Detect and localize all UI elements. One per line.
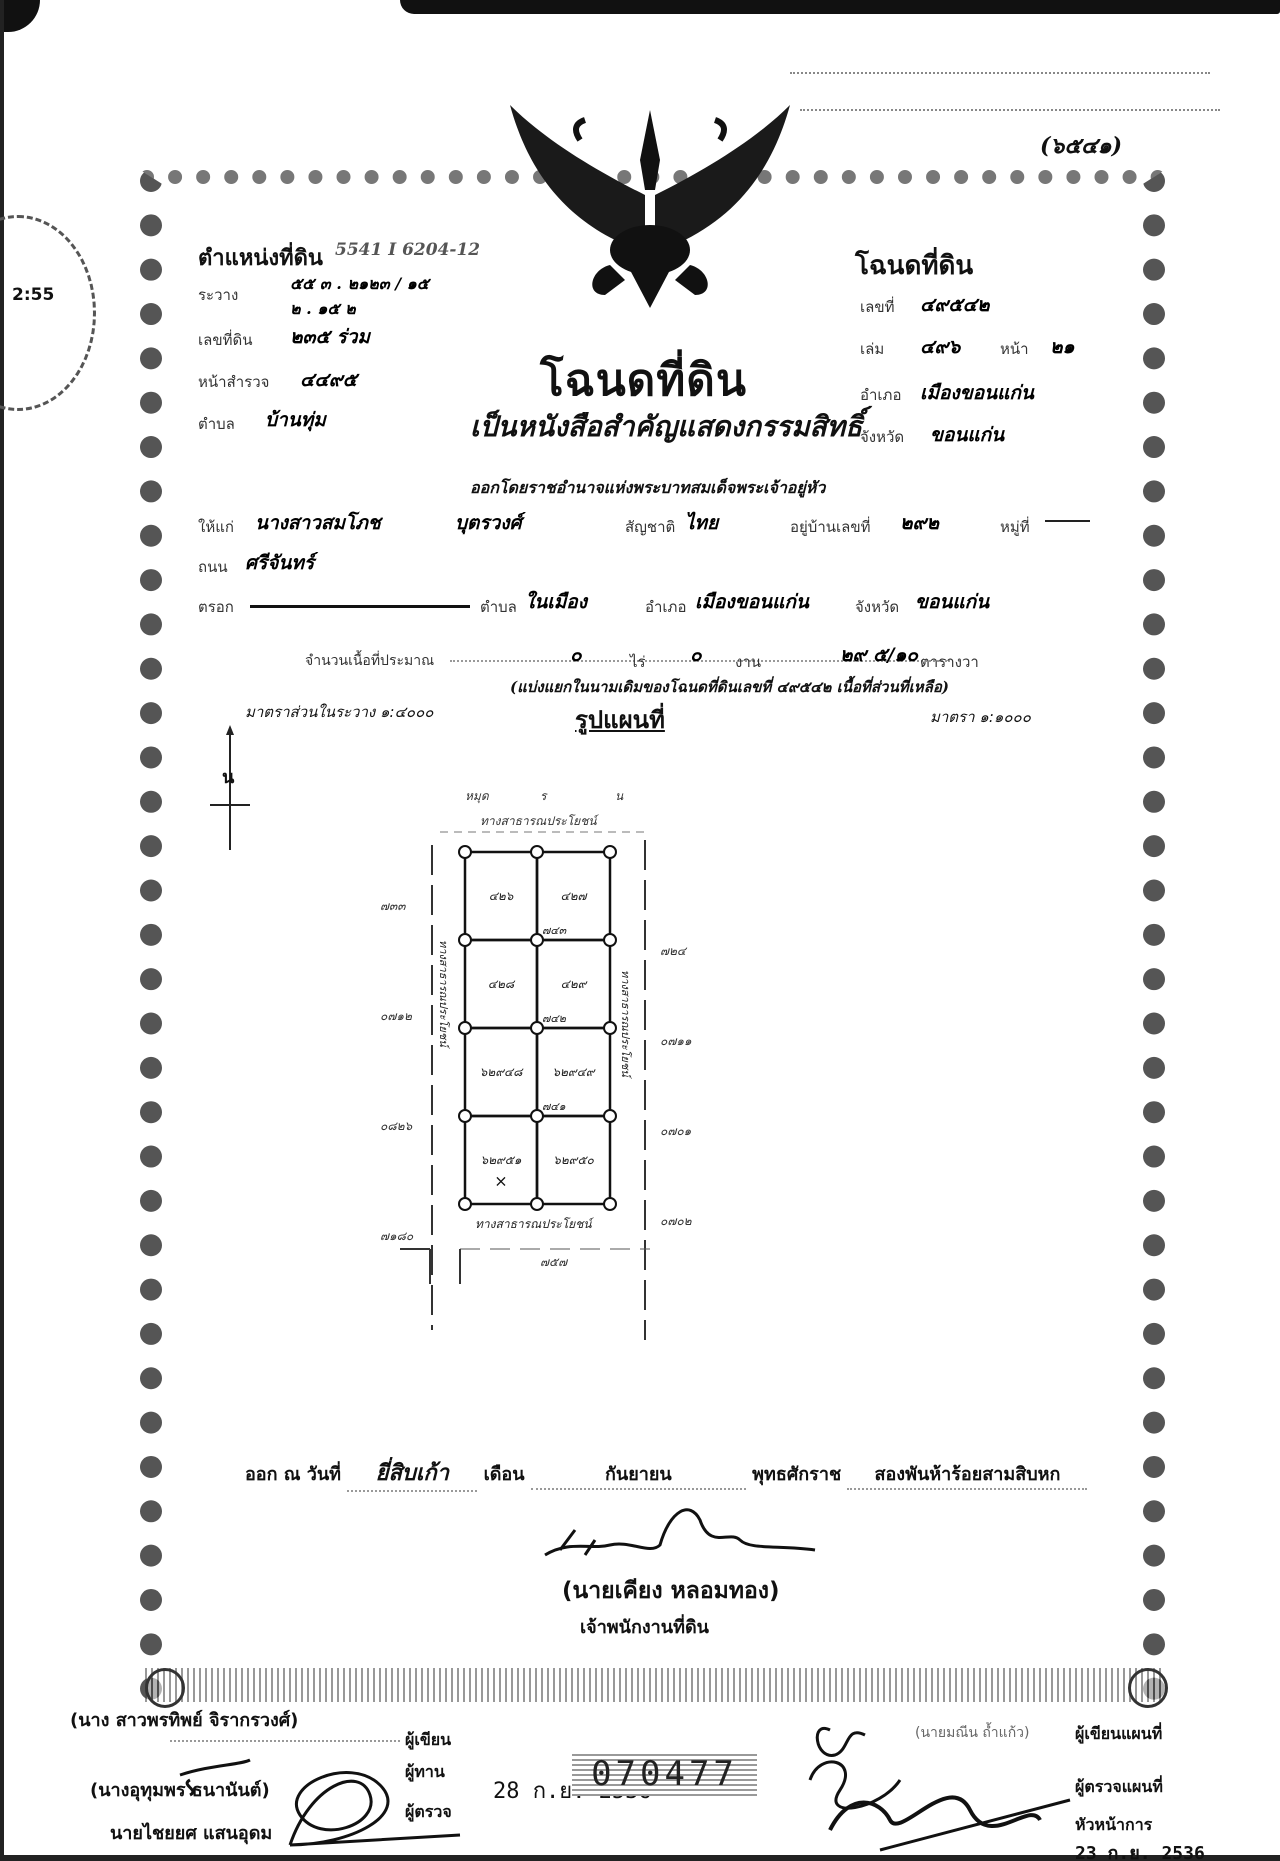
- svg-text:๗๓๓: ๗๓๓: [380, 899, 406, 913]
- owner-province: ขอนแก่น: [915, 587, 989, 617]
- issue-day: ยี่สิบเก้า: [347, 1455, 477, 1492]
- garuda-emblem-icon: [505, 100, 795, 310]
- owner-prefix-label: ให้แก่: [198, 515, 234, 539]
- deed-label-amphoe: อำเภอ: [860, 383, 901, 407]
- deed-info-heading: โฉนดที่ดิน: [855, 245, 973, 286]
- owner-amphoe-label: อำเภอ: [645, 595, 686, 619]
- owner-name: นางสาวสมโภช: [255, 508, 381, 538]
- area-ngan-label: งาน: [735, 650, 761, 674]
- deed-value-number: ๔๙๕๔๒: [920, 290, 990, 320]
- svg-text:๗๕๗: ๗๕๗: [540, 1255, 568, 1269]
- svg-text:๐๗๑๒: ๐๗๑๒: [380, 1009, 412, 1023]
- official-name: (นายเคียง หลอมทอง): [562, 1573, 780, 1609]
- top-faded-line-2: [800, 95, 1220, 111]
- owner-soi-label: ตรอก: [198, 595, 234, 619]
- area-rai-label: ไร่: [630, 650, 646, 674]
- deed-value-volume: ๔๙๖: [920, 332, 960, 362]
- svg-text:๔๒๘: ๔๒๘: [488, 977, 516, 991]
- map-officer-signature: [800, 1700, 1080, 1860]
- scan-edge-corner: [0, 0, 40, 32]
- owner-house-no: ๒๙๒: [900, 508, 939, 538]
- scan-edge-top: [400, 0, 1280, 14]
- area-wah: ๒๙ ๕/๑๐: [840, 640, 918, 670]
- svg-text:๗๑๘๐: ๗๑๘๐: [380, 1229, 414, 1243]
- cadastral-map: ทางสาธารณประโยชน์หมุดรน๔๒๖๔๒๗๗๔๓๔๒๘๔๒๙๗๔…: [340, 740, 800, 1370]
- owner-tambon: ในเมือง: [525, 587, 587, 617]
- location-value-survey: ๔๔๙๕: [300, 365, 357, 395]
- head-role: หัวหน้าการ: [1075, 1813, 1152, 1838]
- map-checker-role: ผู้ตรวจแผนที่: [1075, 1775, 1163, 1800]
- checker-signature: [170, 1745, 470, 1855]
- location-heading: ตำแหน่งที่ดิน: [198, 240, 323, 275]
- owner-moo-blank: [1045, 520, 1090, 522]
- north-label: น: [222, 762, 234, 791]
- area-note: (แบ่งแยกในนามเดิมของโฉนดที่ดินเลขที่ ๔๙๕…: [510, 675, 949, 699]
- svg-text:ทางสาธารณประโยชน์: ทางสาธารณประโยชน์: [619, 970, 632, 1080]
- writer-line: [170, 1740, 400, 1742]
- svg-text:๐๗๐๑: ๐๗๐๑: [660, 1124, 692, 1138]
- deed-value-page: ๒๑: [1050, 332, 1075, 362]
- issue-date-line: ออก ณ วันที่ ยี่สิบเก้า เดือน กันยายน พุ…: [245, 1455, 1087, 1492]
- svg-text:๗๔๒: ๗๔๒: [542, 1012, 567, 1025]
- map-sheet-ref: 5541 I 6204-12: [335, 240, 480, 260]
- svg-text:น: น: [615, 789, 624, 803]
- owner-soi-blank: [250, 605, 470, 608]
- top-right-number: (๖๕๔๑): [1040, 128, 1122, 163]
- official-title: เจ้าพนักงานที่ดิน: [580, 1612, 709, 1641]
- svg-text:๖๒๙๕๐: ๖๒๙๕๐: [553, 1153, 594, 1167]
- owner-tambon-label: ตำบล: [480, 595, 517, 619]
- owner-road: ศรีจันทร์: [245, 548, 314, 578]
- area-wah-label: ตารางวา: [920, 650, 979, 674]
- svg-text:๔๒๙: ๔๒๙: [561, 977, 588, 991]
- royal-line: ออกโดยราชอำนาจแห่งพระบาทสมเด็จพระเจ้าอยู…: [470, 476, 825, 501]
- svg-text:๐๘๒๖: ๐๘๒๖: [380, 1119, 413, 1133]
- svg-text:ทางสาธารณประโยชน์: ทางสาธารณประโยชน์: [437, 940, 450, 1050]
- mapper-role: ผู้เขียนแผนที่: [1075, 1722, 1162, 1747]
- svg-text:๐๗๐๒: ๐๗๐๒: [660, 1214, 692, 1228]
- official-signature: [540, 1500, 820, 1570]
- location-label-tambon: ตำบล: [198, 412, 235, 436]
- svg-text:๗๔๑: ๗๔๑: [542, 1100, 566, 1113]
- issue-month: กันยายน: [531, 1459, 746, 1490]
- area-label: จำนวนเนื้อที่ประมาณ: [305, 650, 434, 672]
- issue-year: สองพันห้าร้อยสามสิบหก: [847, 1459, 1087, 1490]
- map-scale-right: มาตรา ๑:๑๐๐๐: [930, 705, 1031, 729]
- serial-number: 070477: [572, 1752, 757, 1796]
- svg-text:๐๗๑๑: ๐๗๑๑: [660, 1034, 692, 1048]
- area-ngan: ๐: [690, 640, 702, 670]
- owner-amphoe: เมืองขอนแก่น: [695, 587, 809, 617]
- owner-surname: บุตรวงศ์: [455, 508, 522, 538]
- owner-house-label: อยู่บ้านเลขที่: [790, 515, 870, 539]
- deed-label-number: เลขที่: [860, 295, 894, 319]
- svg-text:ทางสาธารณประโยชน์: ทางสาธารณประโยชน์: [475, 1217, 595, 1231]
- svg-text:×: ×: [494, 1171, 507, 1190]
- owner-nationality-label: สัญชาติ: [625, 515, 675, 539]
- svg-text:ร: ร: [540, 789, 548, 803]
- svg-text:ทางสาธารณประโยชน์: ทางสาธารณประโยชน์: [480, 814, 600, 828]
- location-value-tambon: บ้านทุ่ม: [265, 405, 326, 435]
- deed-border-bottom: [145, 1668, 1165, 1702]
- issue-prefix: ออก ณ วันที่: [245, 1464, 341, 1485]
- issue-month-label: เดือน: [484, 1464, 525, 1485]
- deed-value-amphoe: เมืองขอนแก่น: [920, 378, 1034, 408]
- issue-year-label: พุทธศักราช: [752, 1464, 841, 1485]
- map-scale-left: มาตราส่วนในระวาง ๑:๔๐๐๐: [245, 700, 433, 724]
- location-value-sheet: ๕๕ ๓ . ๒๑๒๓ / ๑๕ ๒ . ๑๕ ๒: [290, 272, 440, 322]
- svg-text:๗๒๔: ๗๒๔: [660, 944, 688, 958]
- svg-text:๔๒๖: ๔๒๖: [489, 889, 515, 903]
- deed-label-province: จังหวัด: [860, 425, 904, 449]
- svg-text:๖๒๙๕๑: ๖๒๙๕๑: [480, 1153, 521, 1167]
- side-stamp: [0, 215, 96, 411]
- location-value-parcel: ๒๓๕ ร่วม: [290, 322, 370, 352]
- location-label-survey: หน้าสำรวจ: [198, 370, 269, 394]
- corner-ornament-icon: [145, 1668, 185, 1708]
- writer-name: (นาง สาวพรทิพย์ จิรากรวงศ์): [70, 1705, 298, 1734]
- area-rai: ๐: [570, 640, 582, 670]
- svg-text:๖๒๙๔๙: ๖๒๙๔๙: [552, 1065, 595, 1079]
- deed-value-province: ขอนแก่น: [930, 420, 1004, 450]
- corner-ornament-icon: [1128, 1668, 1168, 1708]
- owner-province-label: จังหวัด: [855, 595, 899, 619]
- svg-text:๔๒๗: ๔๒๗: [560, 889, 587, 903]
- top-faded-line: [790, 58, 1210, 74]
- location-label-sheet: ระวาง: [198, 283, 238, 307]
- svg-text:๖๒๙๔๘: ๖๒๙๔๘: [480, 1065, 524, 1079]
- deed-label-volume: เล่ม: [860, 337, 884, 361]
- map-title: รูปแผนที่: [575, 700, 665, 739]
- owner-nationality: ไทย: [685, 508, 718, 538]
- bottom-right-date: 23 ก.ย. 2536: [1075, 1838, 1205, 1861]
- deed-label-page: หน้า: [1000, 337, 1029, 361]
- owner-road-label: ถนน: [198, 555, 228, 579]
- svg-text:หมุด: หมุด: [465, 789, 490, 804]
- side-stamp-text: 2:55: [12, 285, 54, 305]
- owner-moo-label: หมู่ที่: [1000, 515, 1030, 539]
- location-label-parcel: เลขที่ดิน: [198, 328, 252, 352]
- document-subtitle: เป็นหนังสือสำคัญแสดงกรรมสิทธิ์: [470, 405, 862, 449]
- svg-text:๗๔๓: ๗๔๓: [542, 924, 568, 937]
